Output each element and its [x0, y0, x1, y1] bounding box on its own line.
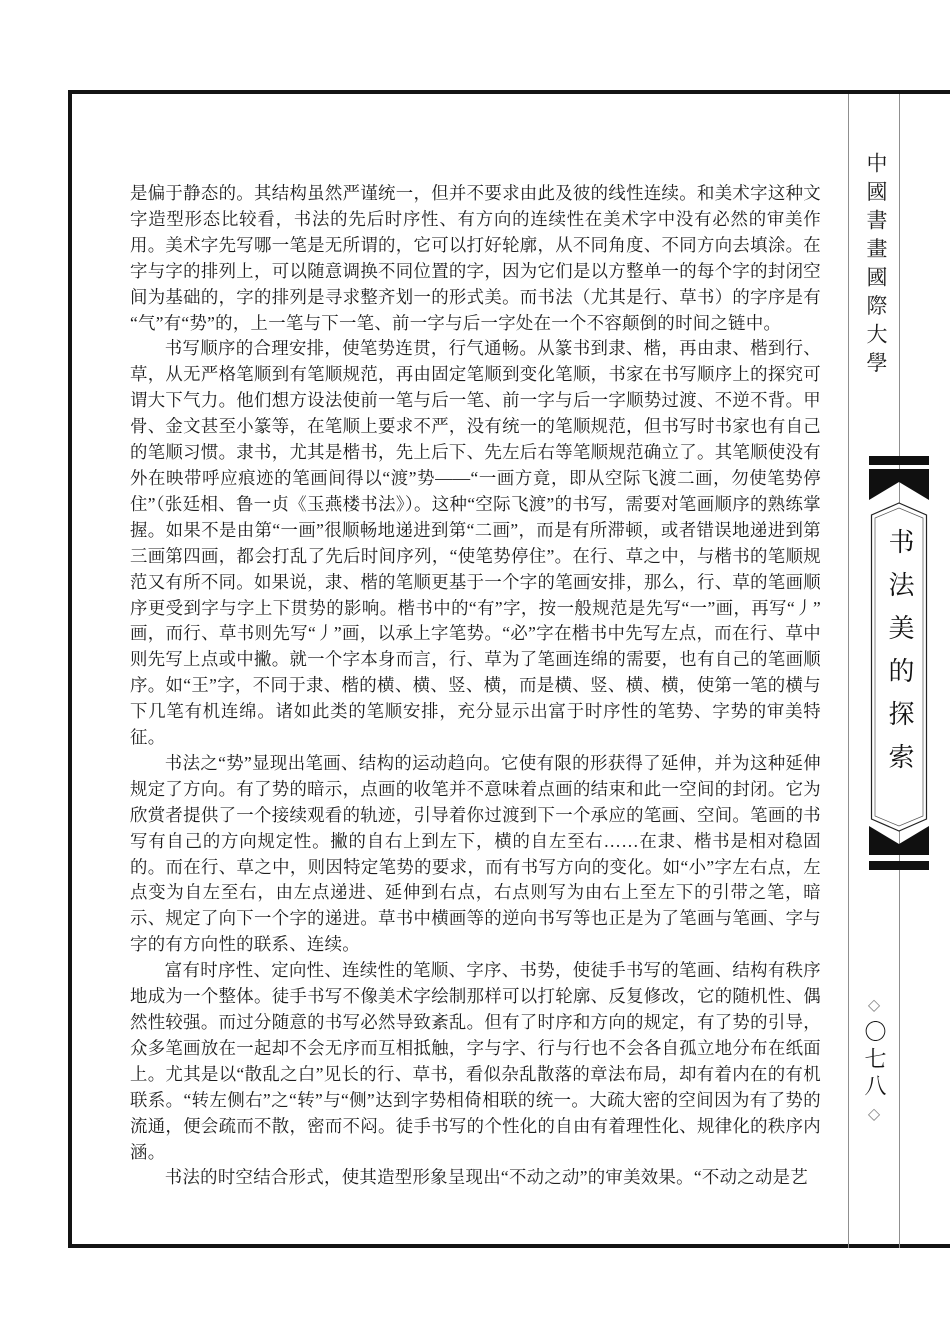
page-number-block: ◇ 〇七八 ◇: [859, 998, 889, 1123]
sidebar-rule-left: [848, 94, 849, 1248]
paragraph: 富有时序性、定向性、连续性的笔顺、字序、书势，使徒手书写的笔画、结构有秩序地成为…: [130, 958, 821, 1165]
banner-ribbon-top: [869, 469, 929, 500]
paragraph: 书法之“势”显现出笔画、结构的运动趋向。它使有限的形获得了延伸，并为这种延伸规定…: [130, 751, 821, 958]
institution-label: 中國書畫國際大學: [861, 152, 891, 392]
body-text-block: 是偏于静态的。其结构虽然严谨统一，但并不要求由此及彼的线性连续。和美术字这种文字…: [130, 181, 821, 1191]
banner-top-bar: [869, 456, 929, 465]
book-title: 书法美的探索: [871, 528, 927, 818]
diamond-ornament-icon: ◇: [868, 1107, 880, 1123]
book-page: 是偏于静态的。其结构虽然严谨统一，但并不要求由此及彼的线性连续。和美术字这种文字…: [0, 0, 950, 1344]
diamond-ornament-icon: ◇: [868, 998, 880, 1014]
page-number: 〇七八: [863, 1020, 885, 1101]
paragraph: 书法的时空结合形式，使其造型形象呈现出“不动之动”的审美效果。“不动之动是艺: [130, 1165, 821, 1191]
banner-bottom-bar: [869, 861, 929, 870]
paragraph: 是偏于静态的。其结构虽然严谨统一，但并不要求由此及彼的线性连续。和美术字这种文字…: [130, 181, 821, 336]
paragraph: 书写顺序的合理安排，使笔势连贯，行气通畅。从篆书到隶、楷，再由隶、楷到行、草，从…: [130, 336, 821, 751]
title-banner: 书法美的探索: [869, 456, 929, 870]
